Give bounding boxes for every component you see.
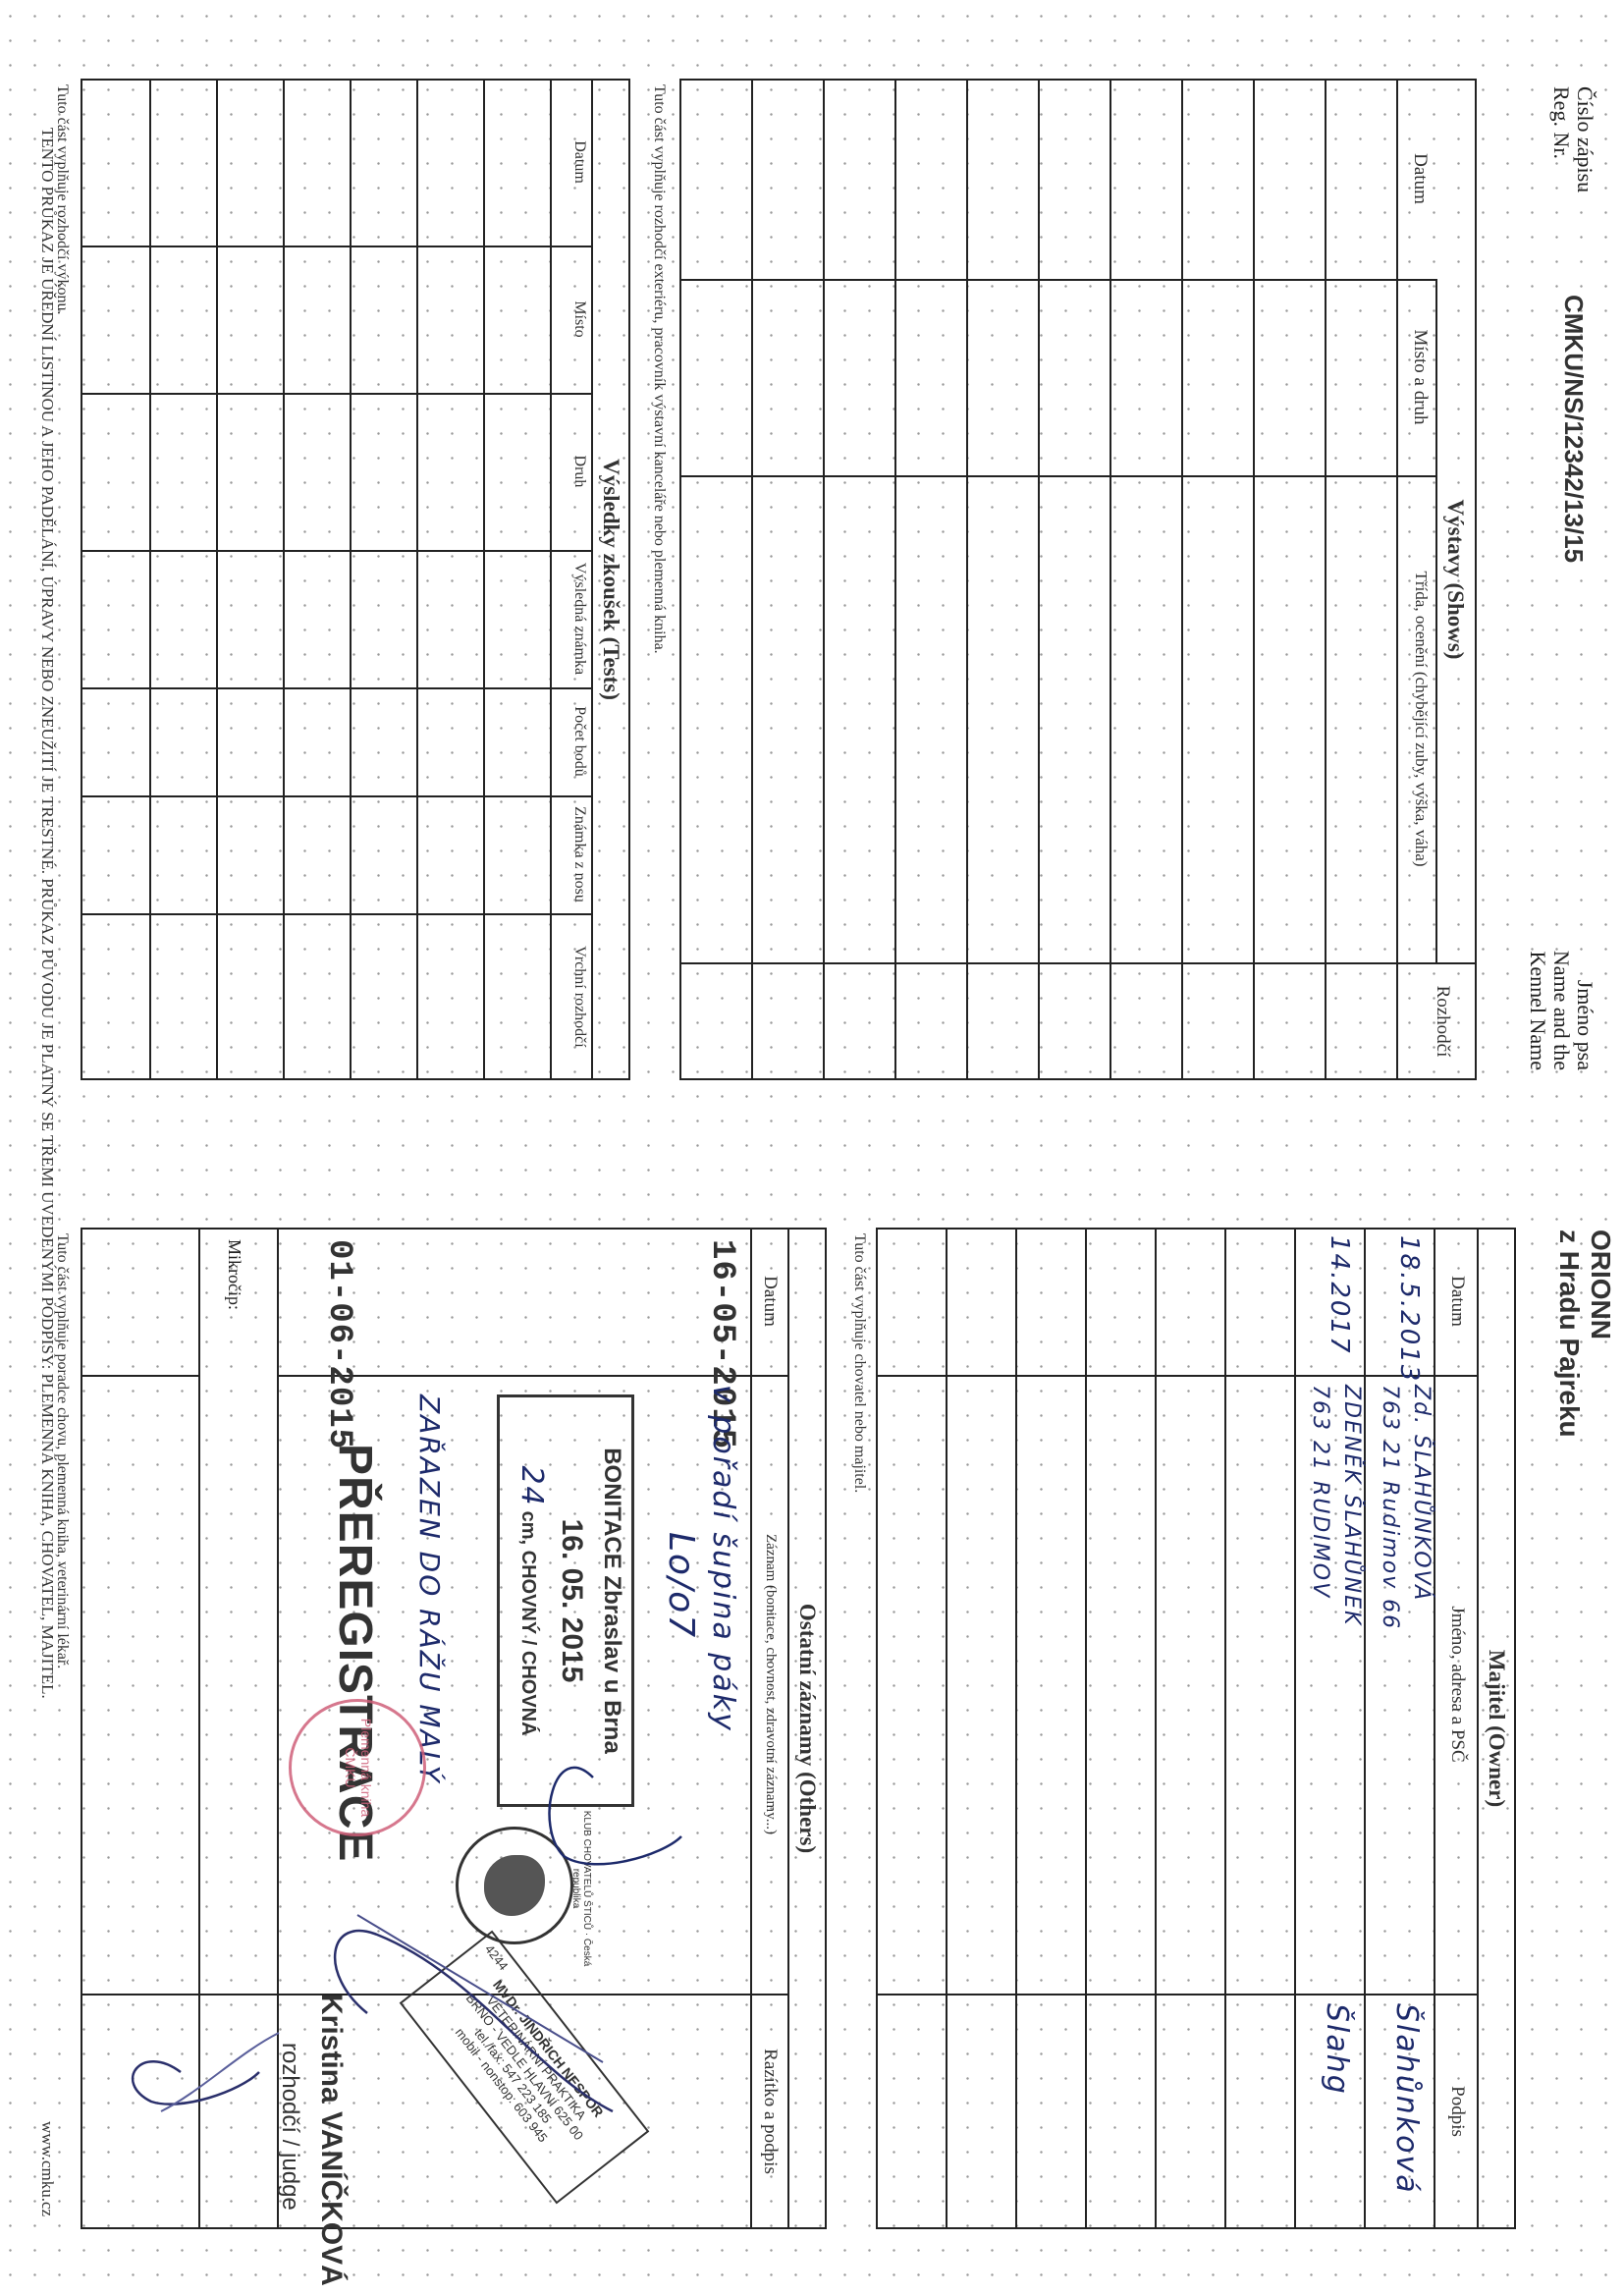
shows-header-bottom xyxy=(1396,79,1398,1080)
reg-number: CMKU/NS/12342/13/15 xyxy=(1558,295,1589,563)
owner-header-bottom xyxy=(1434,1228,1435,2229)
owner-row-date: 18.5.2013 xyxy=(1394,1235,1424,1383)
plemenna-kniha-seal: Plemenná kniha ČMKU xyxy=(289,1699,426,1836)
tests-col-0: Datum xyxy=(570,79,587,246)
tests-col-3: Výsledná známka xyxy=(570,550,587,687)
owner-row-address: 763 21 RUDIMOV xyxy=(1308,1385,1332,1599)
others-title: Ostatní záznamy (Others) xyxy=(795,1228,819,2229)
owner-col-line xyxy=(876,1375,1479,1377)
owner-row-name: ZDENĚK ŠLAHŮNEK xyxy=(1339,1385,1364,1626)
owner-header-divider xyxy=(1477,1228,1479,2229)
reg-label-cz: Číslo zápisu xyxy=(1573,86,1597,192)
shows-row-line xyxy=(1181,79,1183,1080)
shows-col-date: Datum xyxy=(1410,79,1430,279)
owner-note: Tuto část vyplňuje chovatel nebo majitel… xyxy=(850,1233,868,1493)
owner-row-signature: Šlahůnková xyxy=(1389,2003,1424,2195)
tests-col-line xyxy=(81,913,593,915)
shows-header-divider xyxy=(1435,279,1437,962)
dog-name-label-en: Name and the Kennel Name xyxy=(1525,884,1572,1070)
shows-row-line xyxy=(751,79,753,1080)
dog-name-label-cz: Jméno psa xyxy=(1573,884,1597,1070)
owner-row-line xyxy=(1085,1228,1087,2229)
reg-label-en: Reg. Nr. xyxy=(1549,86,1573,192)
tests-col-4: Počet bodů xyxy=(570,687,587,795)
tests-row-line xyxy=(350,79,352,1080)
others-row2-handwriting: ZAŘAZEN DO RÁŽU MALÝ xyxy=(413,1394,446,1784)
tests-col-line xyxy=(81,550,593,552)
shows-title: Výstavy (Shows) xyxy=(1443,79,1467,1080)
judge-caption: rozhodčí / judge xyxy=(276,2043,303,2211)
owner-title: Majitel (Owner) xyxy=(1485,1228,1508,2229)
shows-col-judge: Rozhodčí xyxy=(1433,962,1452,1080)
dog-name-line2: z Hradu Pajreku xyxy=(1553,1230,1585,1438)
shows-col-class: Třída, ocenění (chybějící zuby, výška, v… xyxy=(1412,475,1430,962)
tests-table xyxy=(81,79,630,1080)
owner-col-name: Jméno, adresa a PSČ xyxy=(1447,1375,1467,1994)
shows-row-line xyxy=(1253,79,1255,1080)
shows-table xyxy=(679,79,1477,1080)
tests-row-line xyxy=(149,79,151,1080)
owner-row-line xyxy=(1015,1228,1017,2229)
tests-col-1: Místo xyxy=(570,246,587,393)
owner-row-address: 763 21 Rudimov 66 xyxy=(1378,1385,1402,1630)
shows-note: Tuto část vyplňuje rozhodčí exteriéru, p… xyxy=(650,84,668,654)
owner-col-line xyxy=(876,1994,1479,1995)
shows-col-place: Místo a druh xyxy=(1410,279,1430,475)
tests-col-2: Druh xyxy=(570,393,587,550)
tests-row-line xyxy=(283,79,285,1080)
plemenna-kniha-seal-text: Plemenná kniha ČMKU xyxy=(343,1712,374,1824)
owner-row-line xyxy=(1155,1228,1157,2229)
tests-col-line xyxy=(81,687,593,689)
owner-col-signature: Podpis xyxy=(1447,1994,1467,2229)
tests-col-line xyxy=(81,246,593,247)
tests-header-bottom xyxy=(550,79,552,1080)
owner-row-line xyxy=(1364,1228,1366,2229)
owner-row-date: 14.2017 xyxy=(1325,1235,1354,1355)
others-row2-date: 01-06-2015 xyxy=(320,1239,357,1449)
owner-row-name: Zd. ŠLAHŮNKOVÁ xyxy=(1409,1385,1434,1602)
tests-row-line xyxy=(483,79,485,1080)
owner-row-line xyxy=(1224,1228,1226,2229)
tests-col-line xyxy=(81,795,593,797)
shows-row-line xyxy=(823,79,825,1080)
owner-row-line xyxy=(1294,1228,1296,2229)
owner-row-signature: Šlahg xyxy=(1320,2003,1354,2096)
shows-row-line xyxy=(966,79,968,1080)
dog-name-label: Jméno psa Name and the Kennel Name xyxy=(1525,884,1597,1070)
tests-col-line xyxy=(81,393,593,395)
shows-row-line xyxy=(1325,79,1326,1080)
shows-row-line xyxy=(1110,79,1111,1080)
tests-row-line xyxy=(216,79,218,1080)
legal-footer: TENTO PRŮKAZ JE ÚŘEDNÍ LISTINOU A JEHO P… xyxy=(37,128,57,1699)
tests-header-divider xyxy=(591,79,593,1080)
tests-title: Výsledky zkoušek (Tests) xyxy=(599,79,623,1080)
dog-name: ORIONN z Hradu Pajreku xyxy=(1553,1230,1616,1438)
shows-row-line xyxy=(894,79,896,1080)
tests-col-5: Známka z nosu xyxy=(570,795,587,913)
owner-row-line xyxy=(946,1228,947,2229)
pedigree-back-page: Číslo zápisu Reg. Nr. CMKU/NS/12342/13/1… xyxy=(0,0,1624,2296)
reg-label: Číslo zápisu Reg. Nr. xyxy=(1549,86,1597,192)
dog-name-line1: ORIONN xyxy=(1585,1230,1616,1438)
shows-row-line xyxy=(1038,79,1040,1080)
owner-col-date: Datum xyxy=(1447,1228,1467,1375)
shows-col-line xyxy=(679,962,1477,964)
tests-col-6: Vrchní rozhodčí xyxy=(570,913,587,1080)
website-link[interactable]: www.cmku.cz xyxy=(37,2121,57,2216)
tests-row-line xyxy=(416,79,418,1080)
judge-name: Kristina VANÍČKOVÁ xyxy=(314,1994,348,2286)
